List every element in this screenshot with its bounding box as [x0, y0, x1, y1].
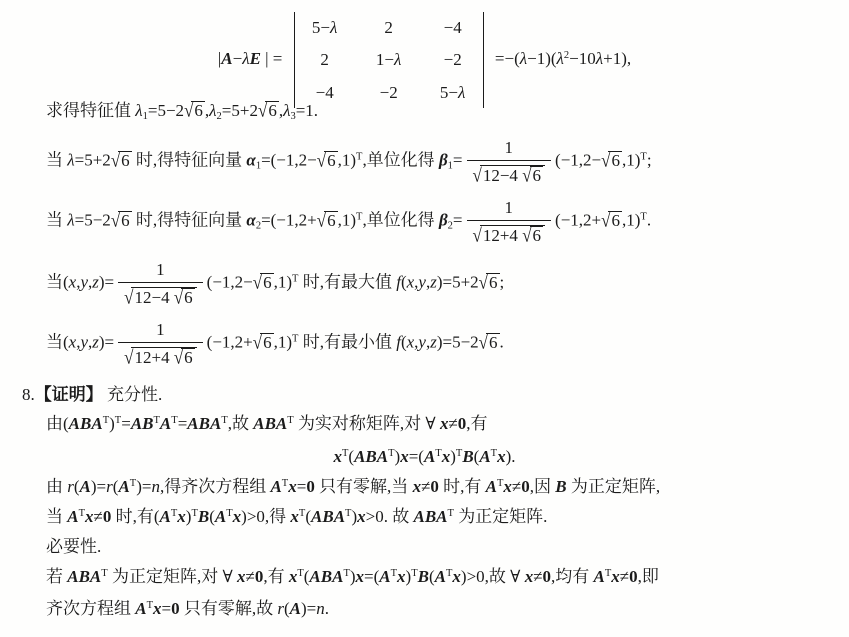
sufficiency-line2: 由 r(A)=r(AT)=n,得齐次方程组 ATx=0 只有零解,当 x≠0 时…	[46, 476, 660, 497]
eigenvector-beta1-line: 当 λ=5+2√6 时,得特征向量 α1=(−1,2−√6,1)T,单位化得 β…	[46, 138, 652, 185]
determinant-equation: |A−λE | = 5−λ2−421−λ−2−4−25−λ =−(λ−1)(λ2…	[0, 12, 849, 108]
sufficiency-line3: 当 ATx≠0 时,有(ATx)TB(ATx)>0,得 xT(ABAT)x>0.…	[46, 506, 547, 527]
sufficiency-line1: 由(ABAT)T=ABTAT=ABAT,故 ABAT 为实对称矩阵,对 ∀ x≠…	[46, 413, 488, 434]
document-page: |A−λE | = 5−λ2−421−λ−2−4−25−λ =−(λ−1)(λ2…	[0, 0, 849, 637]
max-value-line: 当(x,y,z)=1√12−4 √6(−1,2−√6,1)T 时,有最大值 f(…	[46, 260, 504, 307]
problem8-proof-header: 8.【证明】 充分性.	[22, 384, 162, 405]
necessity-line1: 若 ABAT 为正定矩阵,对 ∀ x≠0,有 xT(ABAT)x=(ATx)TB…	[46, 566, 659, 587]
sufficiency-equation: xT(ABAT)x=(ATx)TB(ATx).	[0, 446, 849, 467]
eigenvalues-line: 求得特征值 λ1=5−2√6,λ2=5+2√6,λ3=1.	[46, 100, 318, 121]
necessity-line2: 齐次方程组 ATx=0 只有零解,故 r(A)=n.	[46, 598, 329, 619]
necessity-header: 必要性.	[46, 536, 101, 557]
eigenvector-beta2-line: 当 λ=5−2√6 时,得特征向量 α2=(−1,2+√6,1)T,单位化得 β…	[46, 198, 651, 245]
min-value-line: 当(x,y,z)=1√12+4 √6(−1,2+√6,1)T 时,有最小值 f(…	[46, 320, 504, 367]
